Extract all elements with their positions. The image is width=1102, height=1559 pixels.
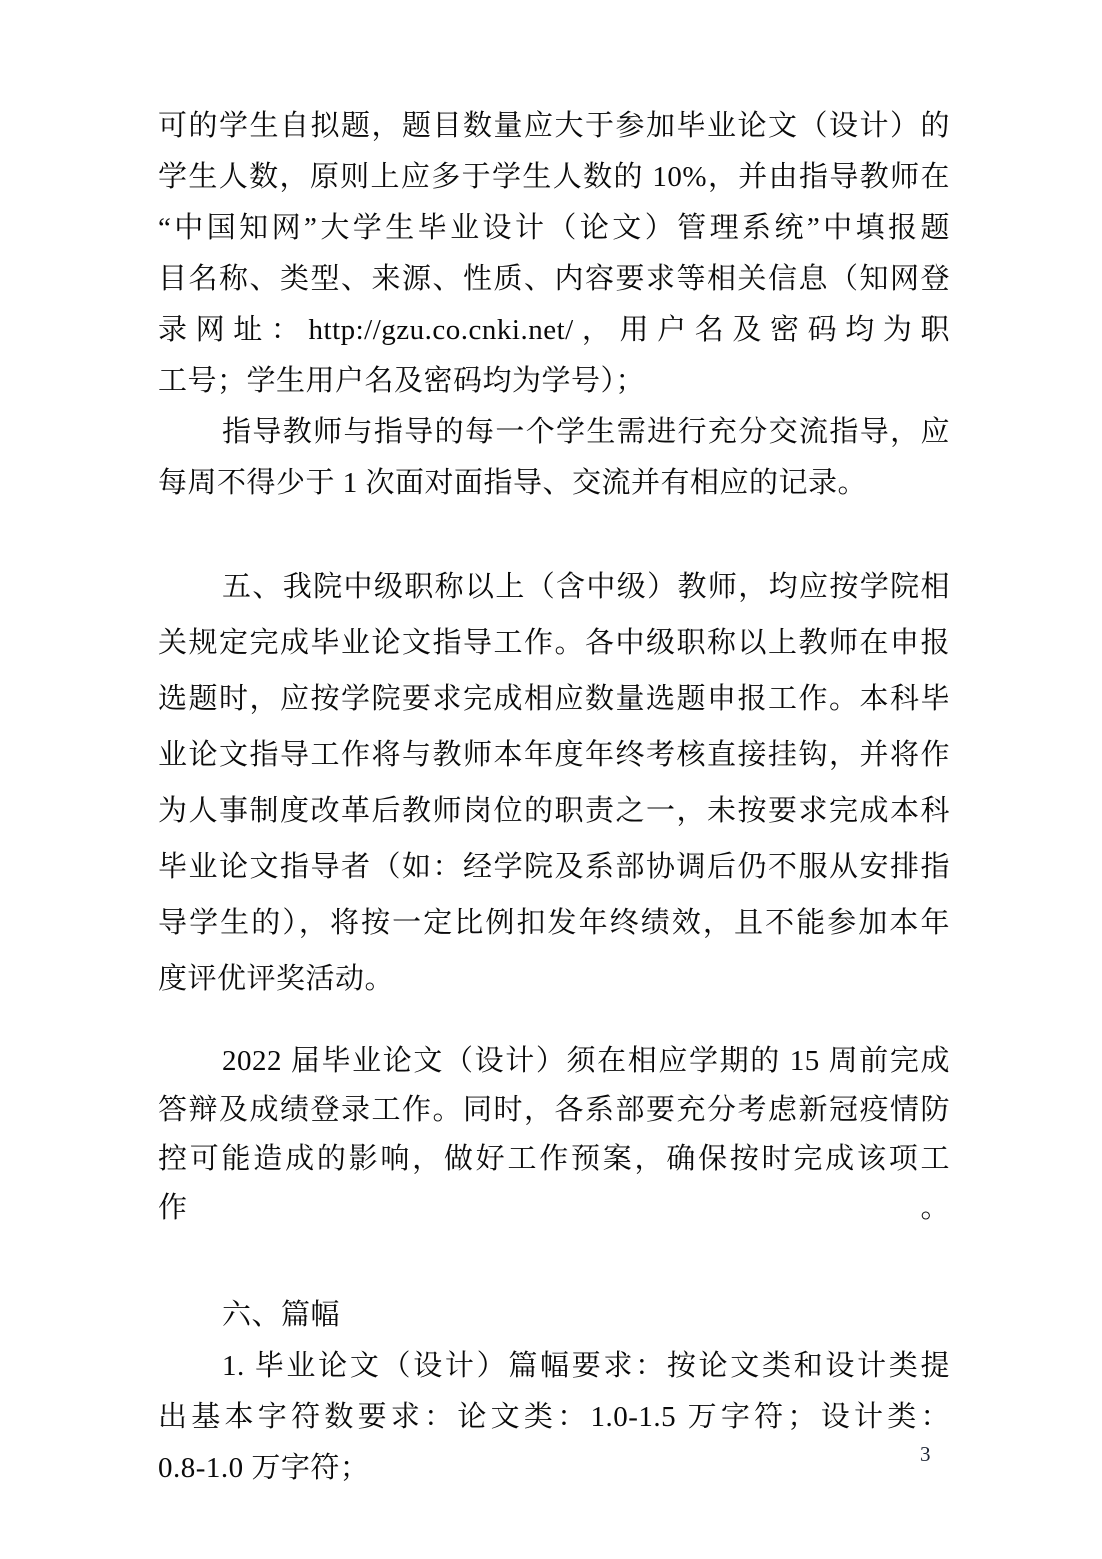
document-page: 可的学生自拟题，题目数量应大于参加毕业论文（设计）的 学生人数，原则上应多于学生… [0,0,1102,1559]
text-line: 业论文指导工作将与教师本年度年终考核直接挂钩，并将作 [158,727,950,783]
text-line: 毕业论文指导者（如：经学院及系部协调后仍不服从安排指 [158,839,950,895]
page-number: 3 [920,1442,931,1466]
text-line: 导学生的），将按一定比例扣发年终绩效，且不能参加本年 [158,895,950,951]
text-line-with-url: 录网址：http://gzu.co.cnki.net/，用户名及密码均为职 [158,305,950,356]
text-line: 可的学生自拟题，题目数量应大于参加毕业论文（设计）的 [158,101,950,152]
text-line: 度评优评奖活动。 [158,951,950,1007]
section-5-first-line: 五、我院中级职称以上（含中级）教师，均应按学院相 [158,559,950,615]
text-line: 选题时，应按学院要求完成相应数量选题申报工作。本科毕 [158,671,950,727]
text-line: 工号；学生用户名及密码均为学号）； [158,356,950,407]
text-line: 目名称、类型、来源、性质、内容要求等相关信息（知网登 [158,254,950,305]
text-line: 答辩及成绩登录工作。同时，各系部要充分考虑新冠疫情防 [158,1086,950,1135]
text-line: 控可能造成的影响，做好工作预案，确保按时完成该项工作。 [158,1135,950,1233]
document-body: 可的学生自拟题，题目数量应大于参加毕业论文（设计）的 学生人数，原则上应多于学生… [158,101,950,1494]
text-line: 0.8-1.0 万字符； [158,1443,950,1494]
list-item-first-line: 1. 毕业论文（设计）篇幅要求：按论文类和设计类提 [158,1341,950,1392]
text-line: 每周不得少于 1 次面对面指导、交流并有相应的记录。 [158,458,950,509]
text-line: 为人事制度改革后教师岗位的职责之一，未按要求完成本科 [158,783,950,839]
section-6-heading: 六、篇幅 [158,1290,950,1341]
paragraph-first-line: 指导教师与指导的每一个学生需进行充分交流指导，应 [158,407,950,458]
text-line: 关规定完成毕业论文指导工作。各中级职称以上教师在申报 [158,615,950,671]
text-line: 学生人数，原则上应多于学生人数的 10%，并由指导教师在 [158,152,950,203]
paragraph-first-line: 2022 届毕业论文（设计）须在相应学期的 15 周前完成 [158,1037,950,1086]
text-line: “中国知网”大学生毕业设计（论文）管理系统”中填报题 [158,203,950,254]
text-line: 出基本字符数要求：论文类：1.0-1.5 万字符；设计类： [158,1392,950,1443]
